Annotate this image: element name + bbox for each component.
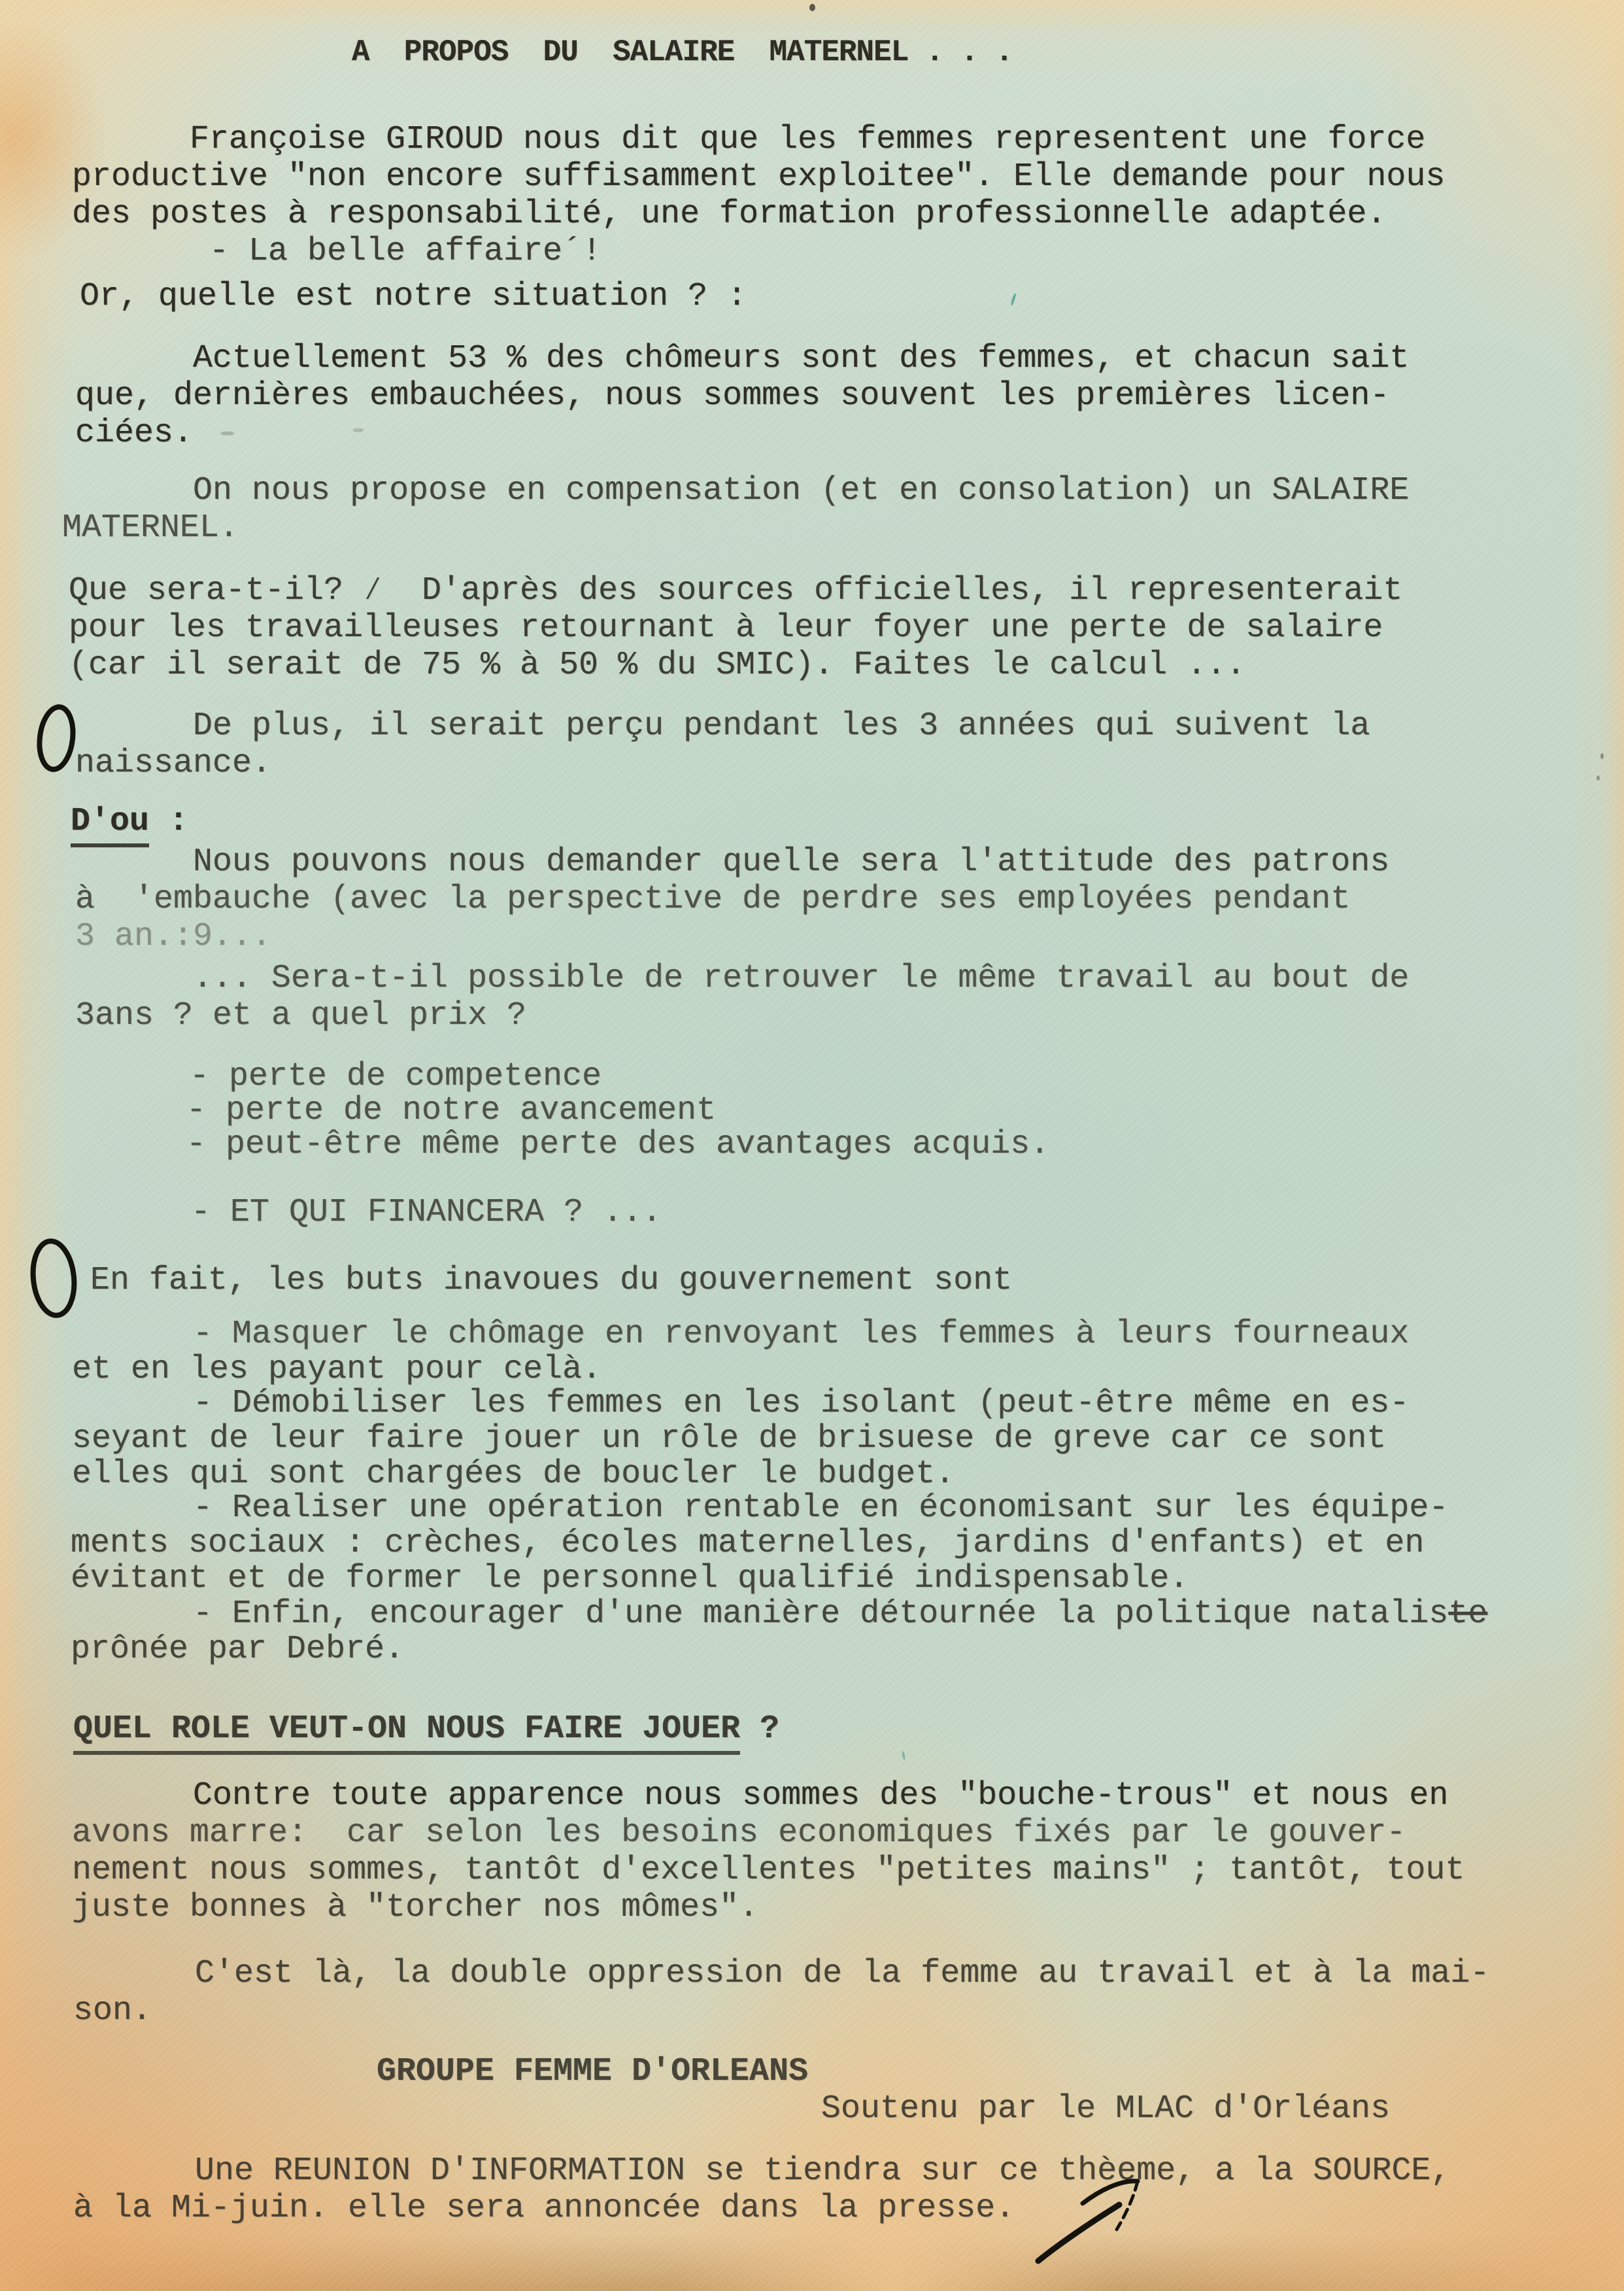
para-patrons-line1: Nous pouvons nous demander quelle sera l… (75, 843, 1389, 881)
hand-drawn-circle-annotation-1 (34, 701, 80, 776)
heading-quel-role-qmark: ? (740, 1710, 779, 1748)
para-financera: - ET QUI FINANCERA ? ... (191, 1194, 662, 1231)
para-quesera-line2: pour les travailleuses retournant à leur… (69, 609, 1383, 647)
para-giroud-line2: productive "non encore suffisamment expl… (72, 158, 1445, 195)
list-item-perte-2: - perte de notre avancement (186, 1092, 716, 1129)
heading-dou-colon: : (149, 803, 188, 840)
para-enfin-text: - Enfin, encourager d'une manière détour… (75, 1595, 1448, 1633)
para-actuellement-line2: que, dernières embauchées, nous sommes s… (75, 377, 1389, 415)
para-patrons-line2: à 'embauche (avec la perspective de perd… (75, 881, 1350, 918)
para-enfin-struck-text: te (1448, 1595, 1487, 1633)
heading-dou-underlined: D'ou (71, 803, 149, 847)
page-title: A PROPOS DU SALAIRE MATERNEL . . . (352, 34, 1013, 71)
para-demobiliser-line1: - Démobiliser les femmes en les isolant … (75, 1385, 1409, 1422)
para-propose-line2: MATERNEL. (62, 509, 239, 547)
list-item-perte-3: - peut-être même perte des avantages acq… (186, 1126, 1049, 1163)
hand-drawn-circle-annotation-2 (25, 1232, 84, 1324)
para-demobiliser-line2: seyant de leur faire jouer un rôle de br… (72, 1420, 1386, 1457)
para-propose-line1: On nous propose en compensation (et en c… (75, 472, 1409, 509)
para-retrouver-line2: 3ans ? et a quel prix ? (75, 997, 526, 1034)
para-deplus-line2: naissance. (75, 745, 271, 782)
para-situation: Or, quelle est notre situation ? : (80, 278, 747, 315)
para-giroud-line3: des postes à responsabilité, une formati… (72, 195, 1386, 233)
para-realiser-line3: évitant et de former le personnel qualif… (71, 1560, 1189, 1597)
para-realiser-line1: - Realiser une opération rentable en éco… (75, 1489, 1448, 1527)
para-quesera-line1: Que sera-t-il? ∕ D'après des sources off… (69, 572, 1402, 609)
para-demobiliser-line3: elles qui sont chargées de boucler le bu… (72, 1455, 955, 1493)
para-giroud-line4: - La belle affaire´! (72, 233, 601, 270)
para-enfin-line1: - Enfin, encourager d'une manière détour… (75, 1595, 1487, 1633)
document-page: A PROPOS DU SALAIRE MATERNEL . . . Franç… (0, 0, 1624, 2291)
heading-dou: D'ou : (71, 803, 188, 840)
para-contre-line3: nement nous sommes, tantôt d'excellentes… (72, 1852, 1464, 1889)
para-actuellement-line3: ciées. (75, 415, 193, 452)
para-contre-line4: juste bonnes à "torcher nos mômes". (72, 1889, 758, 1926)
heading-quel-role-underlined: QUEL ROLE VEUT-ON NOUS FAIRE JOUER (73, 1710, 740, 1755)
para-reunion-line1: Une REUNION D'INFORMATION se tiendra sur… (77, 2152, 1450, 2190)
para-contre-line2: avons marre: car selon les besoins econo… (72, 1814, 1406, 1852)
list-item-perte-1: - perte de competence (190, 1058, 601, 1095)
heading-quel-role: QUEL ROLE VEUT-ON NOUS FAIRE JOUER ? (73, 1710, 779, 1748)
para-deplus-line1: De plus, il serait perçu pendant les 3 a… (75, 707, 1370, 745)
para-masquer-line2: et en les payant pour celà. (72, 1351, 601, 1388)
para-retrouver-line1: ... Sera-t-il possible de retrouver le m… (75, 960, 1409, 997)
hand-drawn-arrow-annotation (1020, 2164, 1164, 2275)
para-contre-line1: Contre toute apparence nous sommes des "… (75, 1777, 1448, 1814)
para-patrons-line3: 3 an.:9... (75, 918, 271, 955)
signature-groupe: GROUPE FEMME D'ORLEANS (377, 2053, 808, 2090)
para-quesera-line3: (car il serait de 75 % à 50 % du SMIC). … (69, 647, 1245, 684)
para-masquer-line1: - Masquer le chômage en renvoyant les fe… (75, 1315, 1409, 1353)
para-enfait: En fait, les buts inavoues du gouverneme… (90, 1262, 1012, 1299)
para-actuellement-line1: Actuellement 53 % des chômeurs sont des … (75, 340, 1409, 377)
para-giroud-line1: Françoise GIROUD nous dit que les femmes… (72, 121, 1425, 158)
para-oppression-line1: C'est là, la double oppression de la fem… (77, 1955, 1489, 1992)
para-reunion-line2: à la Mi-juin. elle sera annoncée dans la… (73, 2190, 1015, 2227)
para-enfin-line2: prônée par Debré. (71, 1631, 404, 1668)
signature-soutenu: Soutenu par le MLAC d'Orléans (821, 2090, 1390, 2128)
para-oppression-line2: son. (73, 1992, 152, 2029)
para-realiser-line2: ments sociaux : crèches, écoles maternel… (71, 1525, 1424, 1562)
